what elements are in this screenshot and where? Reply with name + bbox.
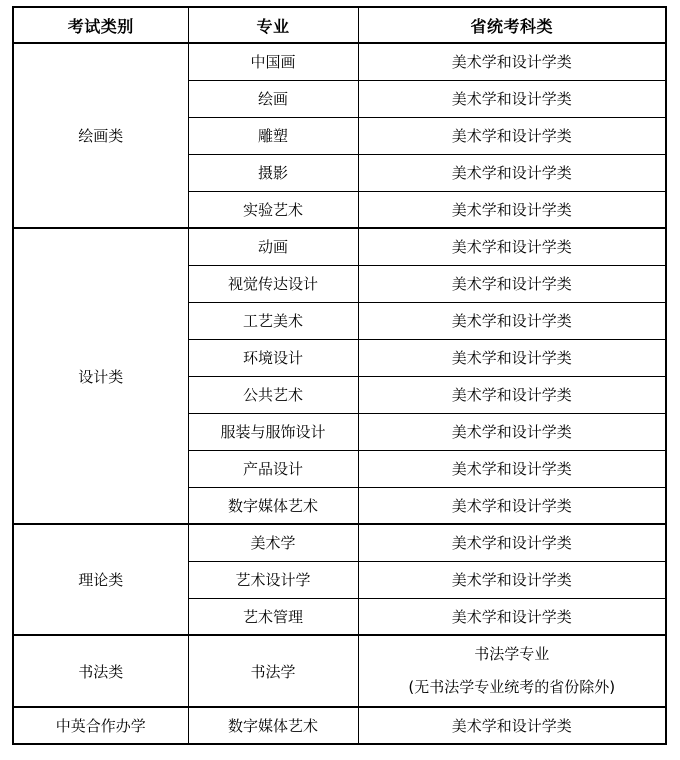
subject-cell: 美术学和设计学类 (358, 265, 666, 302)
subject-cell: 美术学和设计学类 (358, 561, 666, 598)
major-cell: 书法学 (188, 635, 358, 707)
major-cell: 实验艺术 (188, 191, 358, 228)
major-cell: 雕塑 (188, 117, 358, 154)
subject-cell: 美术学和设计学类 (358, 707, 666, 744)
table-row: 绘画类中国画美术学和设计学类 (13, 43, 666, 80)
category-cell: 绘画类 (13, 43, 188, 228)
category-cell: 设计类 (13, 228, 188, 524)
major-cell: 视觉传达设计 (188, 265, 358, 302)
table-row: 理论类美术学美术学和设计学类 (13, 524, 666, 561)
subject-line1: 书法学专业 (361, 638, 664, 671)
major-cell: 动画 (188, 228, 358, 265)
major-cell: 绘画 (188, 80, 358, 117)
subject-cell: 美术学和设计学类 (358, 598, 666, 635)
table-body: 绘画类中国画美术学和设计学类绘画美术学和设计学类雕塑美术学和设计学类摄影美术学和… (13, 43, 666, 744)
subject-cell: 美术学和设计学类 (358, 191, 666, 228)
subject-cell: 美术学和设计学类 (358, 228, 666, 265)
subject-cell: 美术学和设计学类 (358, 154, 666, 191)
subject-cell: 书法学专业(无书法学专业统考的省份除外) (358, 635, 666, 707)
header-major: 专业 (188, 7, 358, 43)
major-cell: 摄影 (188, 154, 358, 191)
subject-cell: 美术学和设计学类 (358, 80, 666, 117)
major-cell: 环境设计 (188, 339, 358, 376)
subject-cell: 美术学和设计学类 (358, 117, 666, 154)
table-row: 中英合作办学数字媒体艺术美术学和设计学类 (13, 707, 666, 744)
category-cell: 中英合作办学 (13, 707, 188, 744)
table-row: 书法类书法学书法学专业(无书法学专业统考的省份除外) (13, 635, 666, 707)
table-row: 设计类动画美术学和设计学类 (13, 228, 666, 265)
subject-cell: 美术学和设计学类 (358, 376, 666, 413)
header-subject: 省统考科类 (358, 7, 666, 43)
major-cell: 服装与服饰设计 (188, 413, 358, 450)
exam-category-table: 考试类别 专业 省统考科类 绘画类中国画美术学和设计学类绘画美术学和设计学类雕塑… (12, 6, 667, 745)
major-cell: 产品设计 (188, 450, 358, 487)
subject-cell: 美术学和设计学类 (358, 524, 666, 561)
major-cell: 公共艺术 (188, 376, 358, 413)
category-cell: 书法类 (13, 635, 188, 707)
subject-cell: 美术学和设计学类 (358, 487, 666, 524)
major-cell: 工艺美术 (188, 302, 358, 339)
category-cell: 理论类 (13, 524, 188, 635)
subject-cell: 美术学和设计学类 (358, 302, 666, 339)
subject-cell: 美术学和设计学类 (358, 413, 666, 450)
header-row: 考试类别 专业 省统考科类 (13, 7, 666, 43)
major-cell: 数字媒体艺术 (188, 487, 358, 524)
subject-cell: 美术学和设计学类 (358, 450, 666, 487)
subject-cell: 美术学和设计学类 (358, 339, 666, 376)
major-cell: 艺术设计学 (188, 561, 358, 598)
major-cell: 中国画 (188, 43, 358, 80)
document-page: 考试类别 专业 省统考科类 绘画类中国画美术学和设计学类绘画美术学和设计学类雕塑… (0, 0, 680, 760)
subject-cell: 美术学和设计学类 (358, 43, 666, 80)
major-cell: 数字媒体艺术 (188, 707, 358, 744)
subject-line2: (无书法学专业统考的省份除外) (361, 671, 664, 704)
major-cell: 艺术管理 (188, 598, 358, 635)
header-exam-category: 考试类别 (13, 7, 188, 43)
major-cell: 美术学 (188, 524, 358, 561)
